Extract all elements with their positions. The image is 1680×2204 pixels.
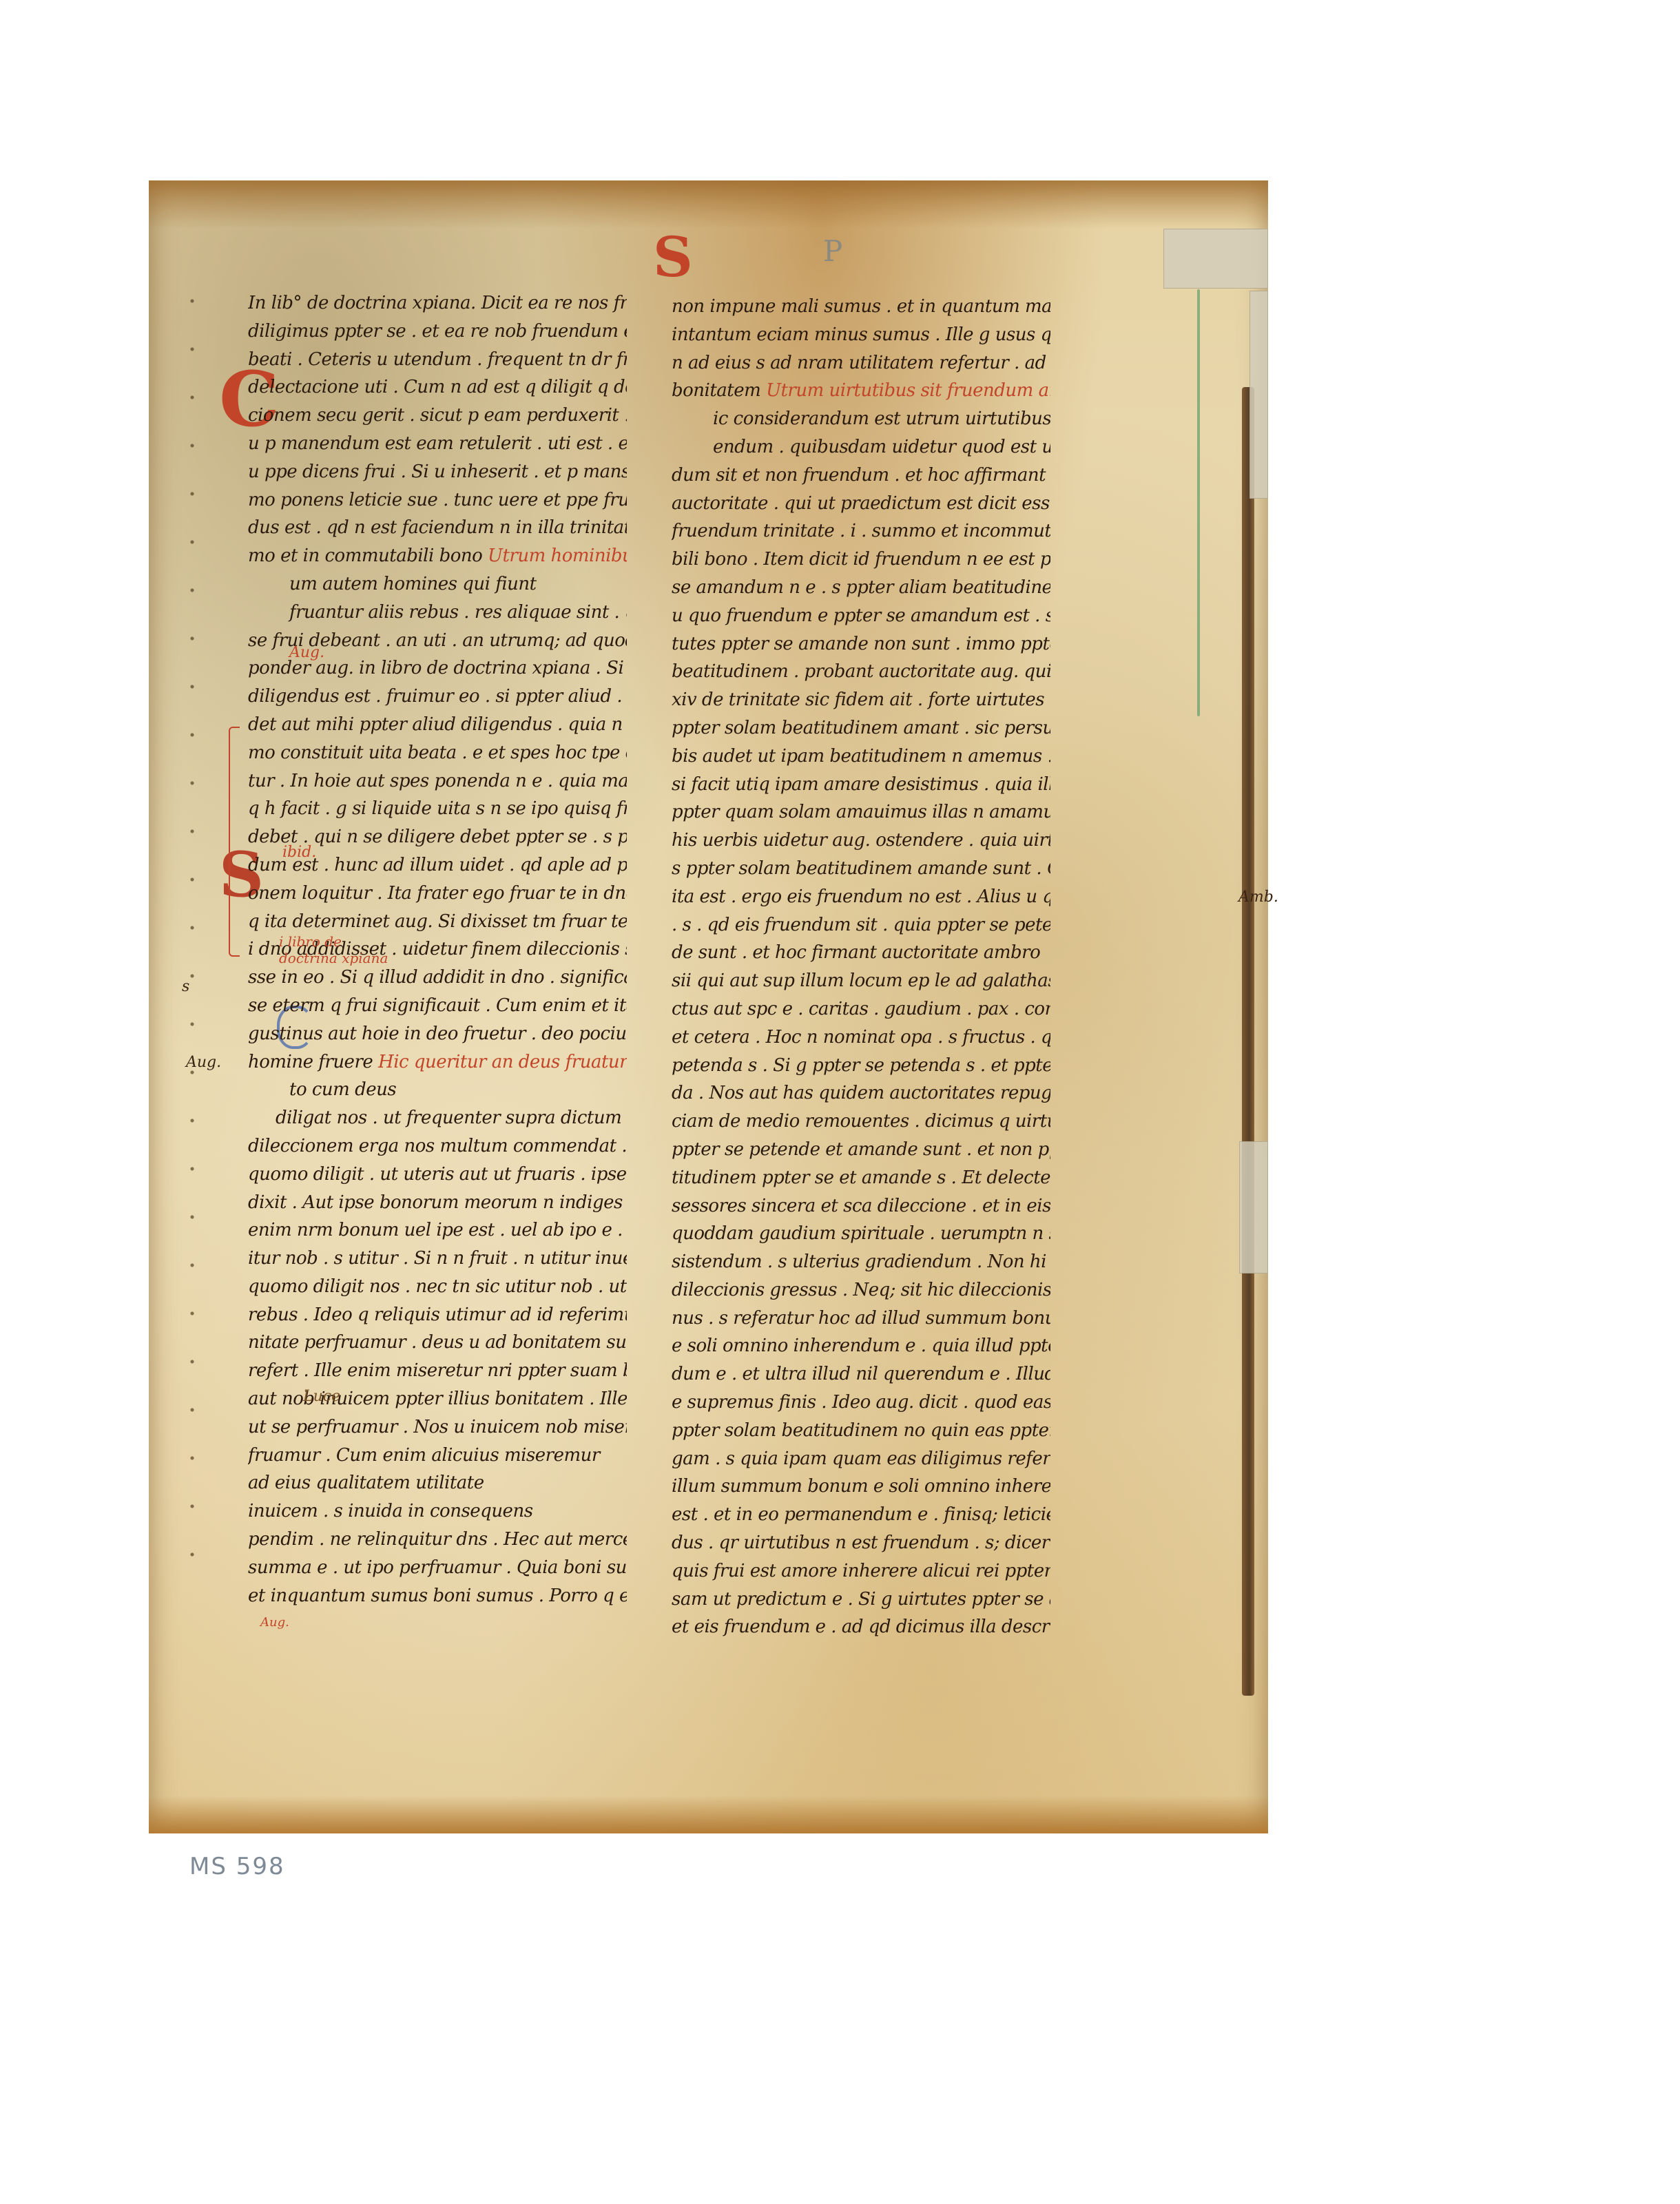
- text-line: fruendum trinitate . i . summo et incomm…: [672, 517, 1050, 545]
- rubric: Hic queritur an deus fruatur an utatur n…: [378, 1052, 627, 1072]
- text-line: ad eius qualitatem utilitate: [248, 1469, 627, 1497]
- text-line: ic considerandum est utrum uirtutibus si…: [672, 405, 1050, 433]
- text-line: da . Nos aut has quidem auctoritates rep…: [672, 1079, 1050, 1108]
- text-line: pendim . ne relinquitur dns . Hec aut me…: [248, 1526, 627, 1554]
- text-line: ut se perfruamur . Nos u inuicem nob mis…: [248, 1413, 627, 1442]
- text-line: u p manendum est eam retulerit . uti est…: [248, 430, 627, 458]
- text-line: se eterm q frui significauit . Cum enim …: [248, 992, 627, 1020]
- text-line: tur . In hoie aut spes ponenda n e . qui…: [248, 767, 627, 796]
- text-line: dum sit et non fruendum . et hoc affirma…: [672, 461, 1050, 490]
- text-line: tutes ppter se amande non sunt . immo pp…: [672, 630, 1050, 658]
- right-text-column: non impune mali sumus . et in quantum ma…: [672, 293, 1050, 1641]
- text-line: sistendum . s ulterius gradiendum . Non …: [672, 1248, 1050, 1276]
- text-line: ppter solam beatitudinem no quin eas ppt…: [672, 1417, 1050, 1445]
- text-line: s ppter solam beatitudinem amande sunt .…: [672, 855, 1050, 883]
- top-water-stain: [149, 180, 1268, 229]
- text-line: his uerbis uidetur aug. ostendere . quia…: [672, 826, 1050, 855]
- text-line: illum summum bonum e soli omnino inheren…: [672, 1473, 1050, 1501]
- text-line: dum e . et ultra illud nil querendum e .…: [672, 1360, 1050, 1389]
- marginal-note-de-doctrina: i libro de doctrina xpiana: [279, 933, 403, 966]
- text-line: mo constituit uita beata . e et spes hoc…: [248, 739, 627, 767]
- text-line: non impune mali sumus . et in quantum ma…: [672, 293, 1050, 321]
- text-line: quis frui est amore inherere alicui rei …: [672, 1557, 1050, 1586]
- text-line: ppter se petende et amande sunt . et non…: [672, 1136, 1050, 1164]
- green-stain-line: [1197, 289, 1200, 716]
- text-line: et inquantum sumus boni sumus . Porro q …: [248, 1582, 627, 1610]
- text-line: sam ut predictum e . Si g uirtutes ppter…: [672, 1586, 1050, 1614]
- pricking-holes: [189, 277, 196, 1586]
- text-line: sse in eo . Si q illud addidit in dno . …: [248, 964, 627, 992]
- binding-edge: [1242, 387, 1254, 1696]
- text-line: diligendus est . fruimur eo . si ppter a…: [248, 683, 627, 711]
- text-line: itur nob . s utitur . Si n n fruit . n u…: [248, 1245, 627, 1273]
- text-line: det aut mihi ppter aliud diligendus . qu…: [248, 711, 627, 739]
- text-line: q h facit . g si liquide uita s n se ipo…: [248, 795, 627, 823]
- text-line: beati . Ceteris u utendum . frequent tn …: [248, 346, 627, 374]
- text-line: quomo diligit nos . nec tn sic utitur no…: [248, 1273, 627, 1301]
- repair-tape-top-right: [1163, 229, 1268, 289]
- text-line: gustinus aut hoie in deo fruetur . deo p…: [248, 1020, 627, 1048]
- text-line: de sunt . et hoc firmant auctoritate amb…: [672, 939, 1050, 967]
- text-line: e supremus finis . Ideo aug. dicit . quo…: [672, 1389, 1050, 1417]
- text-line: et cetera . Hoc n nominat opa . s fructu…: [672, 1023, 1050, 1052]
- text-line: n ad eius s ad nram utilitatem refertur …: [672, 349, 1050, 377]
- text-line: se amandum n e . s ppter aliam beatitudi…: [672, 574, 1050, 602]
- text-line: ciam de medio remouentes . dicimus q uir…: [672, 1108, 1050, 1136]
- text-line: intantum eciam minus sumus . Ille g usus…: [672, 321, 1050, 349]
- text-line: auctoritate . qui ut praedictum est dici…: [672, 490, 1050, 518]
- bottom-water-stain: [149, 1796, 1268, 1833]
- marginal-note-luce: Luce: [303, 1388, 340, 1405]
- repair-tape-right-lower: [1239, 1141, 1268, 1273]
- text-line: fruamur . Cum enim alicuius miseremur: [248, 1442, 627, 1470]
- text-line: sii qui aut sup illum locum ep le ad gal…: [672, 967, 1050, 995]
- text-line: delectacione uti . Cum n ad est q diligi…: [248, 373, 627, 402]
- text-line: gam . s quia ipam quam eas diligimus ref…: [672, 1445, 1050, 1473]
- text-line: q ita determinet aug. Si dixisset tm fru…: [248, 908, 627, 936]
- text-segment: bonitatem: [672, 380, 760, 401]
- marginal-note-lower: Aug.: [260, 1615, 289, 1630]
- text-line: petenda s . Si g ppter se petenda s . et…: [672, 1052, 1050, 1080]
- text-line: ctus aut spc e . caritas . gaudium . pax…: [672, 995, 1050, 1023]
- text-line: e soli omnino inherendum e . quia illud …: [672, 1332, 1050, 1360]
- text-line: quoddam gaudium spirituale . uerumptn n …: [672, 1220, 1050, 1248]
- text-line: enim nrm bonum uel ipe est . uel ab ipo …: [248, 1216, 627, 1245]
- text-line: ita est . ergo eis fruendum no est . Ali…: [672, 883, 1050, 911]
- text-line: . s . qd eis fruendum sit . quia ppter s…: [672, 911, 1050, 939]
- text-line: dileccionem erga nos multum commendat . …: [248, 1132, 627, 1161]
- red-initial-s-right: S: [653, 219, 693, 295]
- marginal-note-aug-red: Aug.: [289, 644, 324, 661]
- text-line: endum . quibusdam uidetur quod est utend…: [672, 433, 1050, 461]
- marginal-note-amb: Amb.: [1238, 888, 1278, 906]
- text-line: titudinem ppter se et amande s . Et dele…: [672, 1164, 1050, 1192]
- repair-tape-right-upper: [1249, 291, 1268, 499]
- text-line: bis audet ut ipam beatitudinem n amemus …: [672, 742, 1050, 771]
- rubric: Utrum hominibus sit fruendum uel utendum…: [488, 545, 627, 566]
- text-line: cionem secu gerit . sicut p eam perduxer…: [248, 402, 627, 430]
- text-line: xiv de trinitate sic fidem ait . forte u…: [672, 686, 1050, 714]
- shelfmark-pencil: MS 598: [189, 1853, 285, 1880]
- text-line: dileccionis gressus . Neq; sit hic dilec…: [672, 1276, 1050, 1304]
- text-line: onem loquitur . Ita frater ego fruar te …: [248, 880, 627, 908]
- rubric: Utrum uirtutibus sit fruendum an utendum…: [766, 380, 1050, 401]
- text-segment: mo et in commutabili bono: [248, 545, 482, 566]
- text-line: diligat nos . ut frequenter supra dictum…: [248, 1104, 627, 1132]
- text-line: mo ponens leticie sue . tunc uere et ppe…: [248, 486, 627, 514]
- text-line: um autem homines qui fiunt: [248, 570, 627, 599]
- text-line: nus . s referatur hoc ad illud summum bo…: [672, 1304, 1050, 1333]
- text-line: diligimus ppter se . et ea re nob fruend…: [248, 318, 627, 346]
- text-line: to cum deus: [248, 1076, 627, 1104]
- text-line: ppter solam beatitudinem amant . sic per…: [672, 714, 1050, 742]
- text-line: summa e . ut ipo perfruamur . Quia boni …: [248, 1554, 627, 1582]
- text-line: nitate perfruamur . deus u ad bonitatem …: [248, 1329, 627, 1357]
- red-marginal-bracket: [229, 727, 240, 957]
- text-line: quomo diligit . ut uteris aut ut fruaris…: [248, 1161, 627, 1189]
- text-line: fruantur aliis rebus . res aliquae sint …: [248, 599, 627, 627]
- text-line: inuicem . s inuida in consequens: [248, 1497, 627, 1526]
- text-line: refert . Ille enim miseretur nri ppter s…: [248, 1357, 627, 1385]
- text-line: et eis fruendum e . ad qd dicimus illa d…: [672, 1613, 1050, 1641]
- text-line: rebus . Ideo q reliquis utimur ad id ref…: [248, 1301, 627, 1329]
- text-line: In lib° de doctrina xpiana. Dicit ea re …: [248, 289, 627, 318]
- marginal-note-s: s: [182, 978, 189, 995]
- pencil-foliation: P: [823, 234, 842, 268]
- text-line: bonitatem Utrum uirtutibus sit fruendum …: [672, 377, 1050, 405]
- text-line: sessores sincera et sca dileccione . et …: [672, 1192, 1050, 1220]
- text-line: si facit utiq ipam amare desistimus . qu…: [672, 771, 1050, 799]
- text-line: dixit . Aut ipse bonorum meorum n indige…: [248, 1189, 627, 1217]
- marginal-note-ibid: ibid.: [282, 844, 316, 861]
- text-line: beatitudinem . probant auctoritate aug. …: [672, 658, 1050, 686]
- text-line: est . et in eo permanendum e . finisq; l…: [672, 1501, 1050, 1529]
- text-line: dus . qr uirtutibus n est fruendum . s; …: [672, 1529, 1050, 1557]
- text-line: u quo fruendum e ppter se amandum est . …: [672, 602, 1050, 630]
- text-line: dus est . qd n est faciendum n in illa t…: [248, 514, 627, 542]
- text-line: homine fruere Hic queritur an deus fruat…: [248, 1048, 627, 1077]
- text-line: mo et in commutabili bono Utrum hominibu…: [248, 542, 627, 570]
- parchment-tear: [360, 1875, 395, 1923]
- text-segment: homine fruere: [248, 1052, 373, 1072]
- text-line: ppter quam solam amauimus illas n amamus…: [672, 798, 1050, 826]
- text-line: bili bono . Item dicit id fruendum n ee …: [672, 545, 1050, 574]
- marginal-note-aug: Aug.: [186, 1054, 221, 1071]
- text-line: u ppe dicens frui . Si u inheserit . et …: [248, 458, 627, 486]
